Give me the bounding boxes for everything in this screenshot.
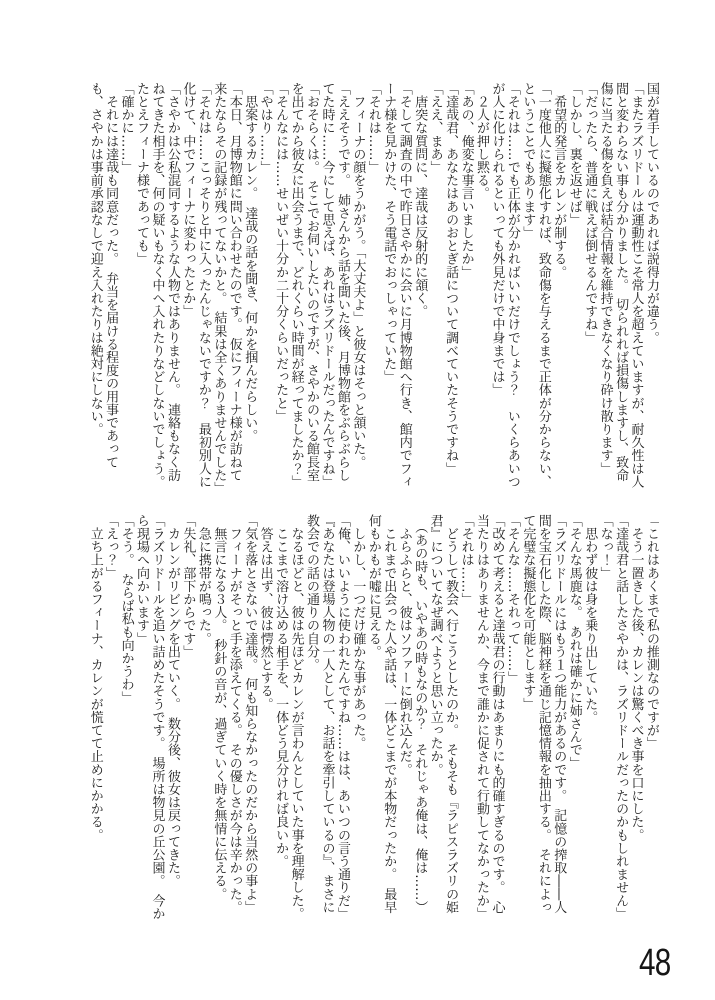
- text-line: 「ええ、まあ」: [427, 82, 442, 493]
- text-line: 「なっ！」: [597, 514, 612, 925]
- text-line: 「俺、いいように使われたんですね……はは、あいつの言う通りだ」: [334, 514, 349, 925]
- text-line: 「確かに……」: [118, 82, 133, 493]
- text-line: 「そんな……それって……」: [504, 514, 519, 925]
- text-line: そう一置きした後、カレンは驚くべき事を口にした。: [628, 514, 643, 925]
- text-line: 「しかし、裏を返せば」: [566, 82, 581, 493]
- text-line: ここまで溶け込める相手を、一体どう見分ければ良いか。: [273, 514, 288, 925]
- text-line: ふらふらと、彼はソファーに倒れ込んだ。: [396, 514, 411, 925]
- text-line: 「達哉君、あなたはあのおとぎ話について調べていたそうですね」: [443, 82, 458, 493]
- text-line: 希望的発言をカレンが制する。: [551, 82, 566, 493]
- text-line: 答えは出ず、彼は愕然とする。: [257, 514, 272, 925]
- text-line: 「だったら、普通に戦えば倒せるんですね」: [582, 82, 597, 493]
- text-line: 「失礼、部下からです」: [180, 514, 195, 925]
- text-line: 「そして調査の中で昨日さやかに会いに月博物館へ行き、館内でフィーナ様を見かけた、…: [381, 82, 412, 493]
- text-line: なるほどと、彼は先ほどカレンが言わんとしていた事を理解した。: [288, 514, 303, 925]
- text-line: 思案するカレン。 達哉の話を聞き、何かを掴んだらしい。: [242, 82, 257, 493]
- text-line: カレンがリビングを出ていく。 数分後、彼女は戻ってきた。: [165, 514, 180, 925]
- text-line: 「そんな馬鹿な。 あれは確かに姉さんで」: [566, 514, 581, 925]
- text-line: 立ち上がるフィーナ、カレンが慌てて止めにかかる。: [87, 514, 102, 925]
- text-line: 「それは……こっそりと中に入ったんじゃないですか？ 最初別人に化けて、中でフィー…: [180, 82, 211, 493]
- text-line: 「本日、月博物館に問い合わせたのです。 仮にフィーナ様が訪ねて来たならその記録が…: [211, 82, 242, 493]
- top-text-band: 国が着手しているのであれば説得力が違う。「またラズリドールは運動性こそ常人を超え…: [79, 82, 659, 493]
- bottom-text-band: 「これはあくまで私の推測なのですが」 そう一置きした後、カレンは驚くべき事を口に…: [79, 514, 659, 925]
- text-line: 「それは……でも正体が分かればいいだけでしょう？ いくらあいつが人に化けられると…: [489, 82, 520, 493]
- text-line: 「そう。 ならば私も向かうわ」: [118, 514, 133, 925]
- text-line: 唐突な質問に、達哉は反射的に頷く。: [412, 82, 427, 493]
- text-line: 「それは……」: [458, 514, 473, 925]
- text-line: 「それは……」: [365, 82, 380, 493]
- text-line: フィーナがそっと手を添えてくる。 その優しさが今は辛かった。: [226, 514, 241, 925]
- text-line: 「気を落とさないで達哉。 何も知らなかったのだから当然の事よ」: [242, 514, 257, 925]
- text-line: フィーナの顔をうかがう。「大丈夫よ」と彼女はそっと頷いた。: [350, 82, 365, 493]
- text-line: それには達哉も同意だった。 弁当を届ける程度の用事であっても、さやかは事前承認な…: [87, 82, 118, 493]
- text-line: 「達哉君と話したさやかは、ラズリドールだったのかもしれません」: [613, 514, 628, 925]
- text-line: （あの時も、いやあの時もなのか？ それじゃあ俺は、俺は……）: [412, 514, 427, 925]
- page-number: 48: [639, 944, 670, 982]
- text-line: 思わず彼は身を乗り出していた。: [582, 514, 597, 925]
- text-line: 「ラズリドールにはもう１つ能力があるのです。 記憶の搾取――人間を宝石化した際、…: [520, 514, 566, 925]
- text-line: 「またラズリドールは運動性こそ常人を超えていますが、耐久性は人間と変わらない事も…: [597, 82, 643, 493]
- text-line: 「あの、俺変な事言いましたか」: [458, 82, 473, 493]
- text-line: 「そんなには……せいぜい十分か二十分くらいだったと」: [273, 82, 288, 493]
- text-line: 「ラズリドールを追い詰めたそうです。 場所は物見の丘公園。 今から現場へ向かいま…: [134, 514, 165, 925]
- text-line: これまで出会った人や話は、一体どこまでが本物だったか。 最早何もかもが嘘に見える…: [365, 514, 396, 925]
- text-line: 「やはり……」: [257, 82, 272, 493]
- text-line: 「おそらくは。 そこでお伺いしたいのですが、さやかのいる館長室を出てから彼女に出…: [288, 82, 319, 493]
- text-line: 「えっ？」: [103, 514, 118, 925]
- text-line: 「さやかは公私混同するような人物ではありません。 連絡もなく訪ねてきた相手を、何…: [134, 82, 180, 493]
- text-line: 急に携帯が鳴った。: [195, 514, 210, 925]
- text-line: 「一度他人に擬態化すれば、致命傷を与えるまで正体が分からない、ということでもあり…: [520, 82, 551, 493]
- text-line: 「これはあくまで私の推測なのですが」: [644, 514, 659, 925]
- text-line: 『あなたは登場人物の一人として、お話を牽引しているの』、まさに教会での話の通りの…: [304, 514, 335, 925]
- text-line: 「改めて考えると達哉君の行動はあまりにも的確すぎるのです。 心当たりはありません…: [474, 514, 505, 925]
- novel-page: 国が着手しているのであれば説得力が違う。「またラズリドールは運動性こそ常人を超え…: [0, 0, 715, 1000]
- text-line: ２人が押し黙る。: [474, 82, 489, 493]
- text-line: 国が着手しているのであれば説得力が違う。: [644, 82, 659, 493]
- text-line: 「ええそうです。 姉さんから話を聞いた後、月博物館をぶらぶらしてた時に……今にし…: [319, 82, 350, 493]
- text-line: どうして教会へ行こうとしたのか。 そもそも『ラピスラズリの姫君』についてなぜ調べ…: [427, 514, 458, 925]
- text-line: 無言になる３人。 秒針の音が、過ぎていく時を無情に伝える。: [211, 514, 226, 925]
- text-line: しかし、一つだけ確かな事があった。: [350, 514, 365, 925]
